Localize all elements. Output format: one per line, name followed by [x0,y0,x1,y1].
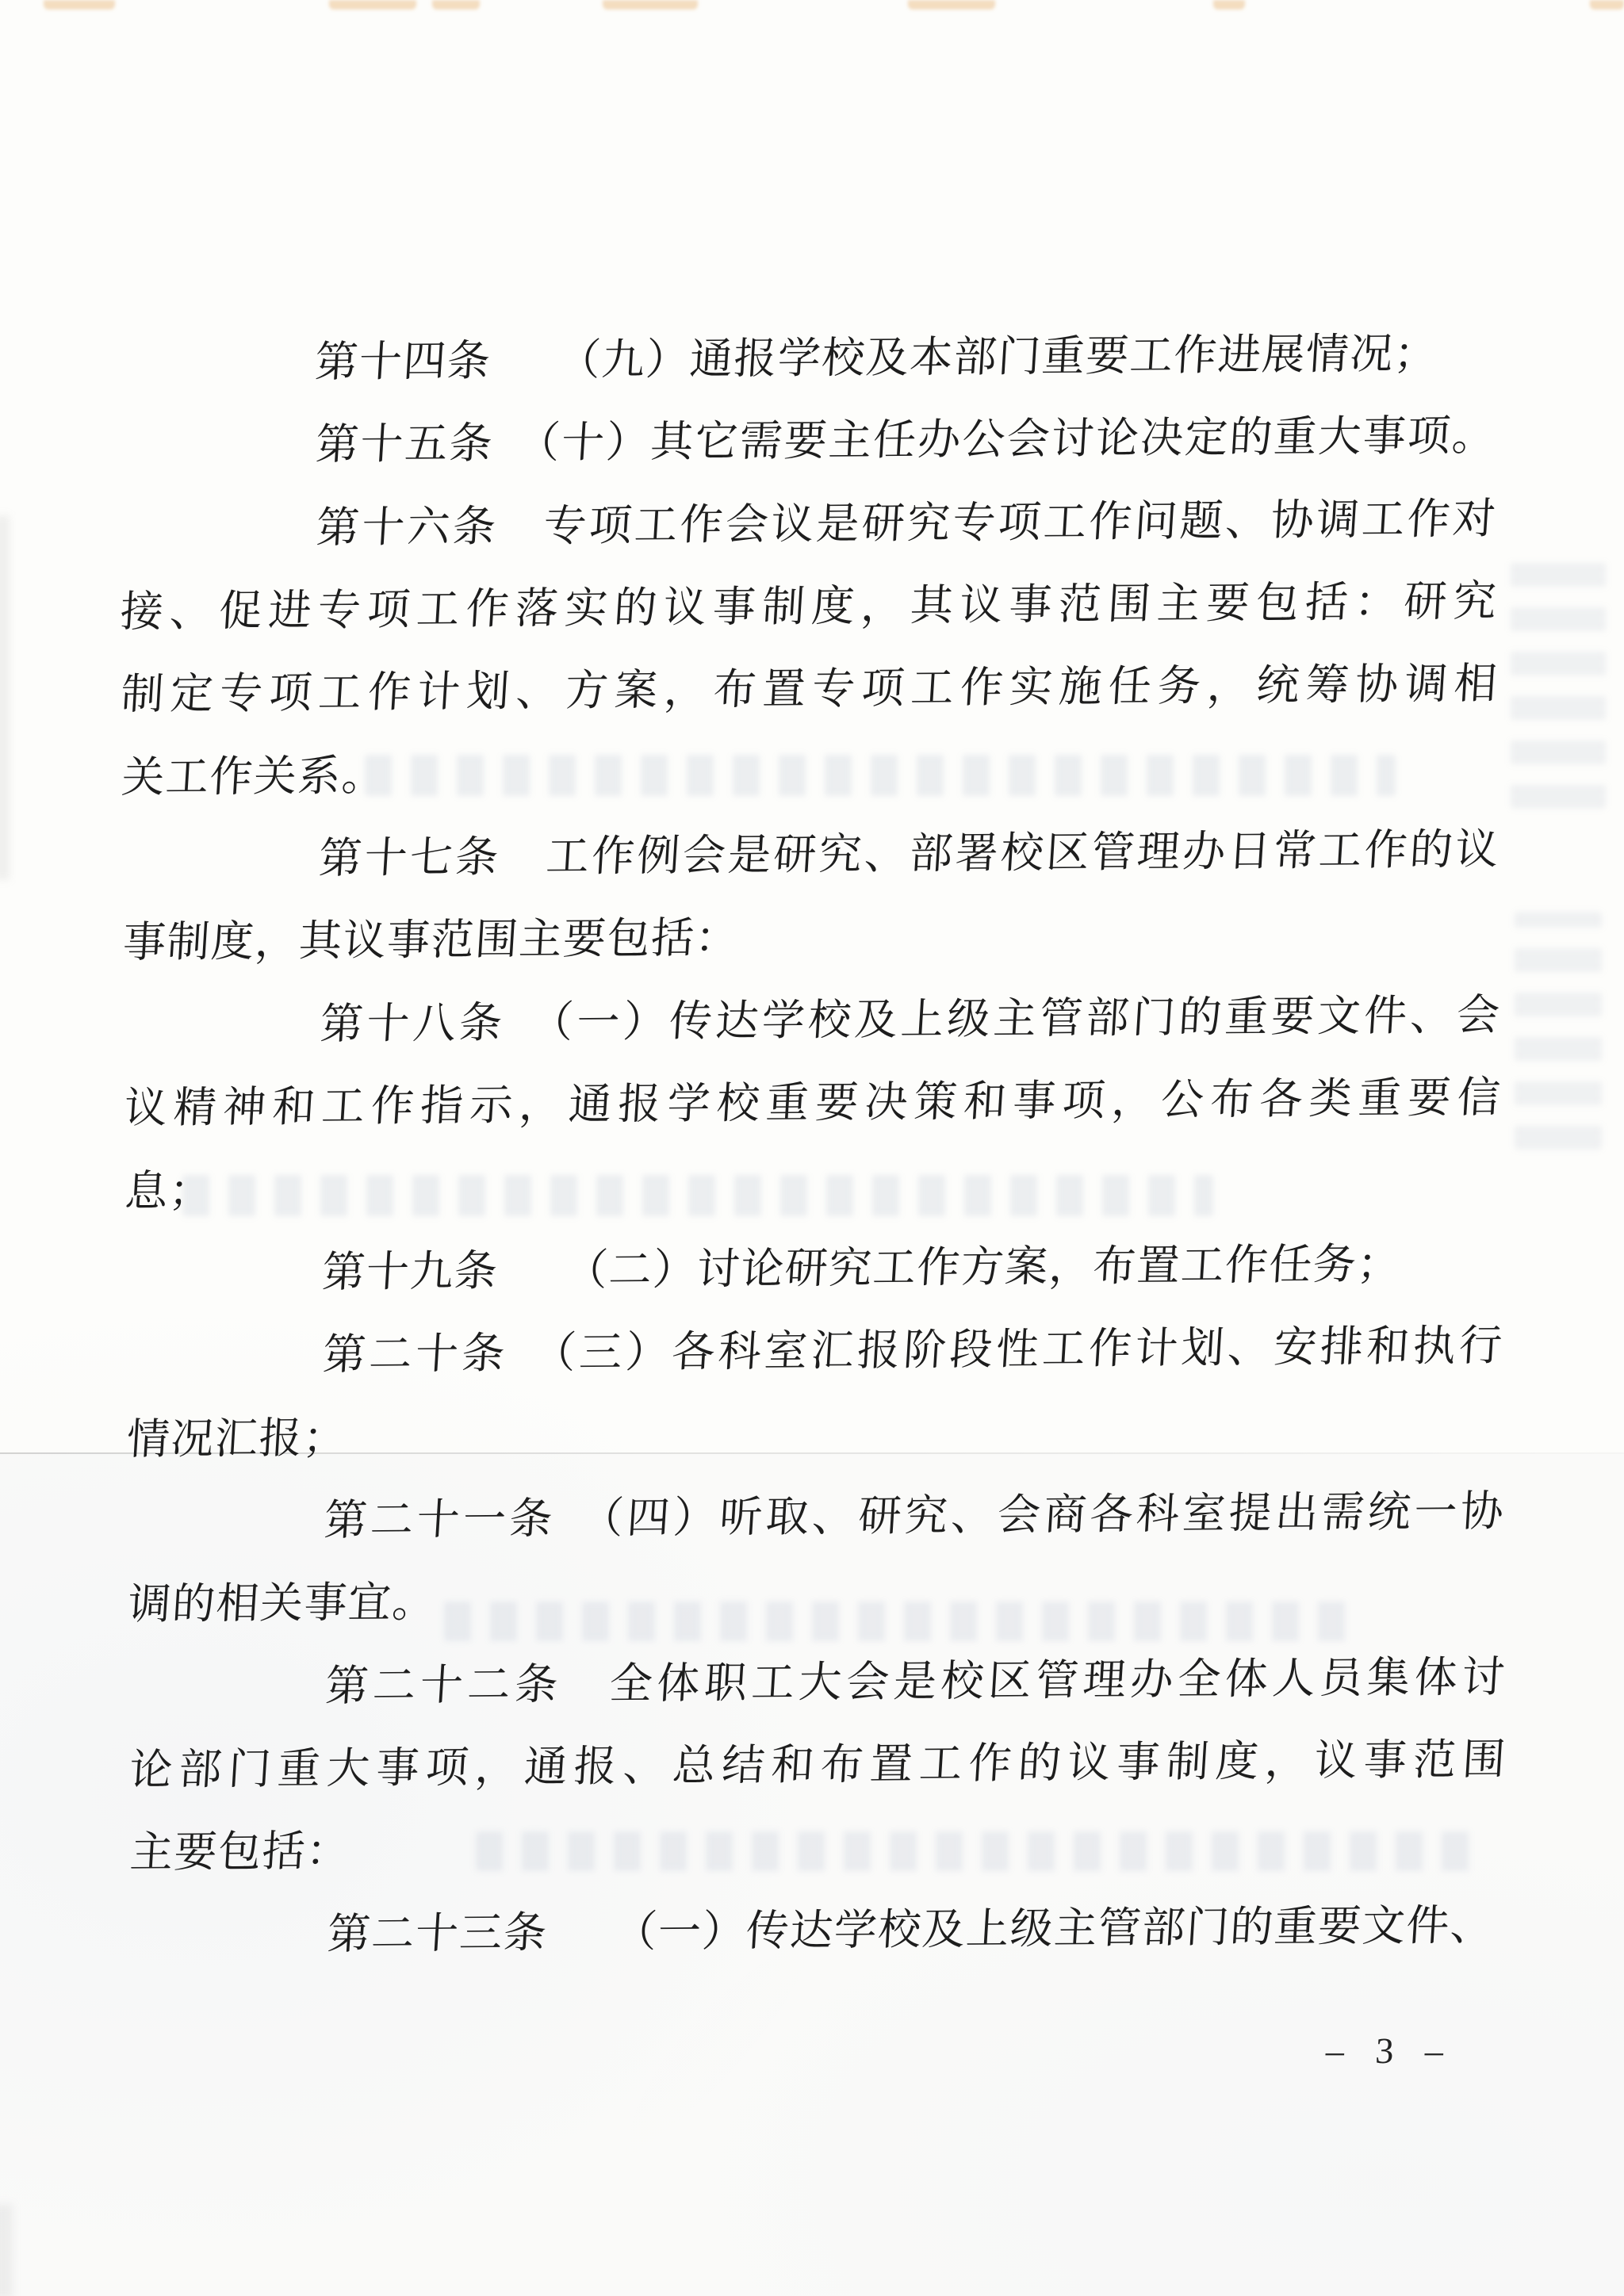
page-number: – 3 – [1325,2030,1456,2072]
text-line: 接、促进专项工作落实的议事制度，其议事范围主要包括：研究 [119,576,1498,637]
text-line: 情况汇报； [125,1404,1504,1464]
text-line: 事制度，其议事范围主要包括： [121,908,1500,968]
text-line: 议精神和工作指示，通报学校重要决策和事项，公布各类重要信 [123,1073,1502,1133]
text-line: 第十七条 工作例会是研究、部署校区管理办日常工作的议 [121,825,1500,885]
text-line: 第十四条 （九）通报学校及本部门重要工作进展情况； [117,328,1496,388]
text-line: 论部门重大事项，通报、总结和布置工作的议事制度，议事范围 [128,1735,1507,1795]
text-line: 制定专项工作计划、方案，布置专项工作实施任务，统筹协调相 [120,660,1499,720]
text-line: 第二十二条 全体职工大会是校区管理办全体人员集体讨 [128,1652,1507,1712]
text-line: 第十六条 专项工作会议是研究专项工作问题、协调工作对 [118,494,1497,554]
scanned-document-page: 第十四条 （九）通报学校及本部门重要工作进展情况；第十五条 （十）其它需要主任办… [0,0,1624,2296]
text-block: 第十四条 （九）通报学校及本部门重要工作进展情况；第十五条 （十）其它需要主任办… [0,0,1624,2296]
text-line: 关工作关系。 [121,742,1500,802]
text-line: 第二十三条 （一）传达学校及上级主管部门的重要文件、 [129,1900,1508,1961]
text-line: 第二十一条 （四）听取、研究、会商各科室提出需统一协 [126,1487,1505,1547]
text-line: 调的相关事宜。 [127,1569,1506,1629]
text-line: 主要包括： [128,1817,1507,1877]
text-line: 第十五条 （十）其它需要主任办公会讨论决定的重大事项。 [117,411,1496,472]
text-line: 第二十条 （三）各科室汇报阶段性工作计划、安排和执行 [124,1321,1503,1381]
text-line: 第十九条 （二）讨论研究工作方案，布置工作任务； [124,1238,1503,1299]
text-line: 息； [124,1156,1503,1216]
text-line: 第十八条 （一）传达学校及上级主管部门的重要文件、会 [122,990,1501,1050]
